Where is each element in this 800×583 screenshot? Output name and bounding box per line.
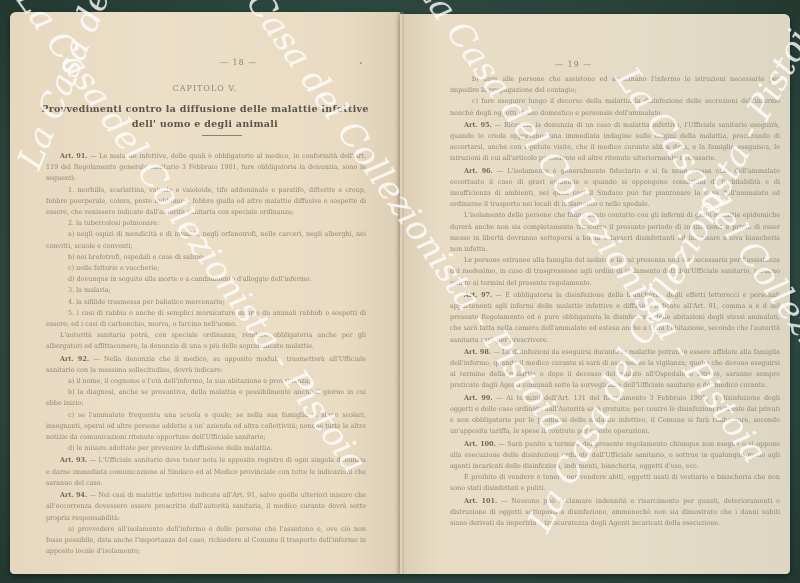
page-number-right: — 19 — bbox=[555, 60, 592, 69]
paragraph-text: d) le misure adottate per prevenire la d… bbox=[68, 444, 273, 452]
article-number: Art. 99. bbox=[464, 394, 493, 402]
list-item: a) provvedere all'isolamento dell'inferm… bbox=[46, 524, 366, 558]
page-number-left: — 18 — bbox=[220, 58, 257, 67]
chapter-title-line2: dell' uomo e degli animali bbox=[10, 119, 400, 130]
list-item: c) se l'ammalato frequenta una scuola e … bbox=[46, 410, 366, 444]
paragraph-text: — Nei casi di malattie infettive indicat… bbox=[46, 491, 366, 521]
paragraph-text: L'isolamento delle persone che fanno avu… bbox=[450, 211, 780, 253]
paragraph: È proibito di vendere o tenere per vende… bbox=[450, 472, 780, 494]
paragraph-text: b) dare alle persone che assistono ed av… bbox=[450, 75, 780, 94]
paragraph-text: a) il nome, il cognome e l'età dell'infe… bbox=[68, 377, 311, 385]
article-paragraph: Art. 98. — Le disinfezioni da eseguirsi … bbox=[450, 347, 780, 392]
article-number: Art. 96. bbox=[464, 167, 493, 175]
paragraph: L'autorità sanitaria potrà, con speciale… bbox=[46, 330, 366, 352]
article-paragraph: Art. 96. — L'isolamento è generalmente f… bbox=[450, 166, 780, 211]
paragraph-text: — Le malattie infettive, delle quali è o… bbox=[46, 152, 366, 182]
list-item: c) fare eseguire lungo il decorso della … bbox=[450, 96, 780, 118]
right-page: — 19 — b) dare alle persone che assiston… bbox=[400, 14, 790, 574]
article-paragraph: Art. 92. — Nella denunzia che il medico,… bbox=[46, 354, 366, 376]
paragraph-text: — Sarà punito a termine del presente reg… bbox=[450, 440, 780, 470]
paragraph-text: a) negli ospizi di mendicità e di invali… bbox=[46, 230, 366, 249]
book-gutter bbox=[398, 12, 404, 574]
paragraph-text: 3. la malaria; bbox=[68, 286, 111, 294]
paragraph-text: — Ai termini dell'Art. 131 del Regolamen… bbox=[450, 394, 780, 436]
article-number: Art. 94. bbox=[60, 491, 87, 499]
article-paragraph: Art. 94. — Nei casi di malattie infettiv… bbox=[46, 490, 366, 524]
article-paragraph: Art. 97. — È obbligatoria la disinfezion… bbox=[450, 290, 780, 346]
chapter-heading: CAPITOLO V. bbox=[10, 84, 400, 93]
article-number: Art. 93. bbox=[60, 456, 87, 464]
article-paragraph: Art. 91. — Le malattie infettive, delle … bbox=[46, 151, 366, 185]
list-item: d) le misure adottate per prevenire la d… bbox=[46, 443, 366, 454]
right-page-body: b) dare alle persone che assistono ed av… bbox=[450, 74, 780, 529]
list-item: b) la diagnosi, anche se presuntiva, del… bbox=[46, 387, 366, 409]
article-number: Art. 92. bbox=[60, 355, 89, 363]
list-item: 5. i casi di rabbia o anche di semplici … bbox=[46, 308, 366, 330]
article-paragraph: Art. 93. — L'Ufficiale sanitario deve te… bbox=[46, 455, 366, 489]
paragraph-text: a) provvedere all'isolamento dell'inferm… bbox=[46, 525, 366, 555]
paragraph-text: d) dovunque in seguito alla morte o a ca… bbox=[68, 275, 312, 283]
list-item: c) nelle fattorie e vaccherie; bbox=[46, 263, 366, 274]
article-paragraph: Art. 95. — Ricevuta la denunzia di un ca… bbox=[450, 120, 780, 165]
paragraph-text: Le persone estranee alla famiglia del is… bbox=[450, 256, 780, 286]
list-item: 1. morbillo, scarlattina, vaiuolo e vaio… bbox=[46, 185, 366, 219]
article-number: Art. 100. bbox=[464, 440, 496, 448]
article-number: Art. 91. bbox=[60, 152, 88, 160]
list-item: b) nei brefotrofi, ospedali e case di sa… bbox=[46, 252, 366, 263]
paragraph-text: — Nella denunzia che il medico, su appos… bbox=[46, 355, 366, 374]
title-underline bbox=[202, 135, 242, 136]
paragraph: Le persone estranee alla famiglia del is… bbox=[450, 255, 780, 289]
paragraph-text: c) fare eseguire lungo il decorso della … bbox=[450, 97, 780, 116]
paragraph: L'isolamento delle persone che fanno avu… bbox=[450, 210, 780, 255]
paragraph-text: b) la diagnosi, anche se presuntiva, del… bbox=[46, 388, 366, 407]
paper-speck bbox=[360, 62, 362, 64]
article-number: Art. 97. bbox=[464, 291, 492, 299]
paragraph-text: — Le disinfezioni da eseguirsi durante l… bbox=[450, 348, 780, 390]
left-page: — 18 — CAPITOLO V. Provvedimenti contro … bbox=[10, 12, 400, 574]
paragraph-text: 4. la sifilide trasmessa per baliatico m… bbox=[68, 298, 225, 306]
paragraph-text: 2. la tubercolosi polmonare: bbox=[68, 219, 159, 227]
article-number: Art. 101. bbox=[464, 497, 497, 505]
list-item: a) il nome, il cognome e l'età dell'infe… bbox=[46, 376, 366, 387]
paragraph-text: c) se l'ammalato frequenta una scuola e … bbox=[46, 411, 366, 441]
paragraph-text: c) nelle fattorie e vaccherie; bbox=[68, 264, 159, 272]
paragraph-text: b) nei brefotrofi, ospedali e case di sa… bbox=[68, 253, 205, 261]
paragraph-text: — Nessuno può reclamare indennità o risa… bbox=[450, 497, 780, 527]
paragraph-text: — Ricevuta la denunzia di un caso di mal… bbox=[450, 121, 780, 163]
paragraph-text: È proibito di vendere o tenere per vende… bbox=[450, 473, 780, 492]
article-paragraph: Art. 100. — Sarà punito a termine del pr… bbox=[450, 439, 780, 473]
paragraph-text: L'autorità sanitaria potrà, con speciale… bbox=[46, 331, 366, 350]
article-paragraph: Art. 99. — Ai termini dell'Art. 131 del … bbox=[450, 393, 780, 438]
list-item: d) dovunque in seguito alla morte o a ca… bbox=[46, 274, 366, 285]
paragraph-text: 5. i casi di rabbia o anche di semplici … bbox=[46, 309, 366, 328]
list-item: a) negli ospizi di mendicità e di invali… bbox=[46, 229, 366, 251]
paragraph-text: — L'Ufficiale sanitario deve tener nota … bbox=[46, 456, 366, 486]
paragraph-text: — L'isolamento è generalmente fiduciario… bbox=[450, 167, 780, 209]
left-page-body: Art. 91. — Le malattie infettive, delle … bbox=[46, 150, 366, 557]
list-item: 4. la sifilide trasmessa per baliatico m… bbox=[46, 297, 366, 308]
article-paragraph: Art. 101. — Nessuno può reclamare indenn… bbox=[450, 496, 780, 530]
paragraph-text: — È obbligatoria la disinfezione della b… bbox=[450, 291, 780, 344]
article-number: Art. 95. bbox=[464, 121, 492, 129]
paragraph-text: 1. morbillo, scarlattina, vaiuolo e vaio… bbox=[46, 186, 366, 216]
list-item: b) dare alle persone che assistono ed av… bbox=[450, 74, 780, 96]
chapter-title-line1: Provvedimenti contro la diffusione delle… bbox=[10, 104, 400, 115]
article-number: Art. 98. bbox=[464, 348, 491, 356]
list-item: 3. la malaria; bbox=[46, 285, 366, 296]
list-item: 2. la tubercolosi polmonare: bbox=[46, 218, 366, 229]
